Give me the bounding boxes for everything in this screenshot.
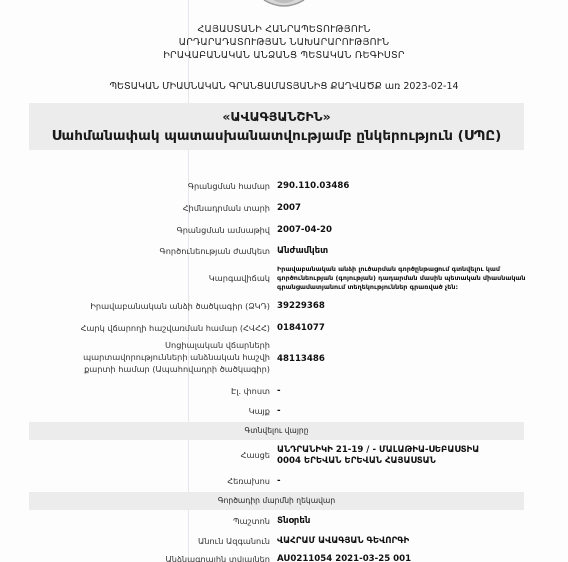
header-country: ՀԱՅԱՍՏԱՆԻ ՀԱՆՐԱՊԵՏՈՒԹՅՈՒՆ (0, 23, 568, 36)
field-value: Տնօրեն (277, 516, 310, 527)
section-executive-header: Գործադիր մարմնի ղեկավար (29, 492, 524, 510)
field-value: AU0211054 2021-03-25 001 (277, 554, 411, 562)
field-value: - (277, 476, 281, 487)
extract-title: ՊԵՏԱԿԱՆ ՄԻԱՍՆԱԿԱՆ ԳՐԱՆՑԱՄԱՏՅԱՆԻՑ ՔԱՂՎԱԾՔ… (0, 81, 568, 92)
field-label: Էլ. փոստ (30, 386, 270, 397)
field-value: Անժամկետ (277, 246, 328, 257)
field-value: 01841077 (277, 323, 325, 334)
field-value: - (277, 386, 281, 397)
field-value: ՎԱՀՐԱՄ ԱՎԱԳՅԱՆ ԳԵՎՈՐԳԻ (277, 536, 409, 547)
field-value: 39229368 (277, 301, 325, 312)
issuer-header: ՀԱՅԱՍՏԱՆԻ ՀԱՆՐԱՊԵՏՈՒԹՅՈՒՆ ԱՐԴԱՐԱԴԱՏՈՒԹՅԱ… (0, 23, 568, 62)
field-value: 2007-04-20 (277, 225, 332, 236)
field-label: Հասցե (30, 450, 270, 461)
field-label: Գրանցման համար (30, 181, 270, 192)
field-label: Հարկ վճարողի հաշվառման համար (ՀՎՀՀ) (30, 323, 270, 334)
field-label: Սոցիալական վճարների պարտավորությունների … (70, 339, 270, 375)
field-label: Հիմնադրման տարի (30, 203, 270, 214)
field-label: Կարգավիճակ (30, 273, 270, 284)
company-title-band: «ԱՎԱԳՅԱՆՇԻՆ» Սահմանափակ պատասխանատվությա… (29, 103, 524, 150)
field-label: Պաշտոն (30, 516, 270, 527)
company-legal-form: Սահմանափակ պատասխանատվությամբ ընկերությո… (29, 127, 524, 145)
field-value: Իրավաբանական անձի լուծարման գործընթացում… (277, 265, 537, 292)
field-value: 2007 (277, 203, 301, 214)
registry-extract-document: ՀԱՅԱՍՏԱՆԻ ՀԱՆՐԱՊԵՏՈՒԹՅՈՒՆ ԱՐԴԱՐԱԴԱՏՈՒԹՅԱ… (0, 0, 568, 562)
header-ministry: ԱՐԴԱՐԱԴԱՏՈՒԹՅԱՆ ՆԱԽԱՐԱՐՈՒԹՅՈՒՆ (0, 36, 568, 49)
field-value: 48113486 (277, 354, 325, 365)
field-label: Գործունեության ժամկետ (30, 246, 270, 257)
section-location-header: Գտնվելու վայրը (29, 422, 524, 440)
field-value: 290.110.03486 (277, 181, 349, 192)
company-name: «ԱՎԱԳՅԱՆՇԻՆ» (29, 109, 524, 125)
header-registry: ԻՐԱՎԱԲԱՆԱԿԱՆ ԱՆՁԱՆՑ ՊԵՏԱԿԱՆ ՌԵԳԻՍՏՐ (0, 49, 568, 62)
field-value: ԱՆԴՐԱՆԻԿԻ 21-19 / - ՄԱԼԱԹԻԱ-ՍԵԲԱՍՏԻԱ 000… (277, 445, 497, 467)
field-label: Գրանցման ամսաթիվ (30, 225, 270, 236)
field-label: Անուն Ազգանուն (30, 536, 270, 547)
field-label: Իրավաբանական անձի ծածկագիր (ՁԿԴ) (30, 301, 270, 312)
coat-of-arms-icon (254, 0, 314, 8)
field-label: Հեռախոս (30, 476, 270, 487)
field-label: Անձնագրային տվյալներ (30, 554, 270, 562)
field-label: Կայք (30, 406, 270, 417)
field-value: - (277, 406, 281, 417)
